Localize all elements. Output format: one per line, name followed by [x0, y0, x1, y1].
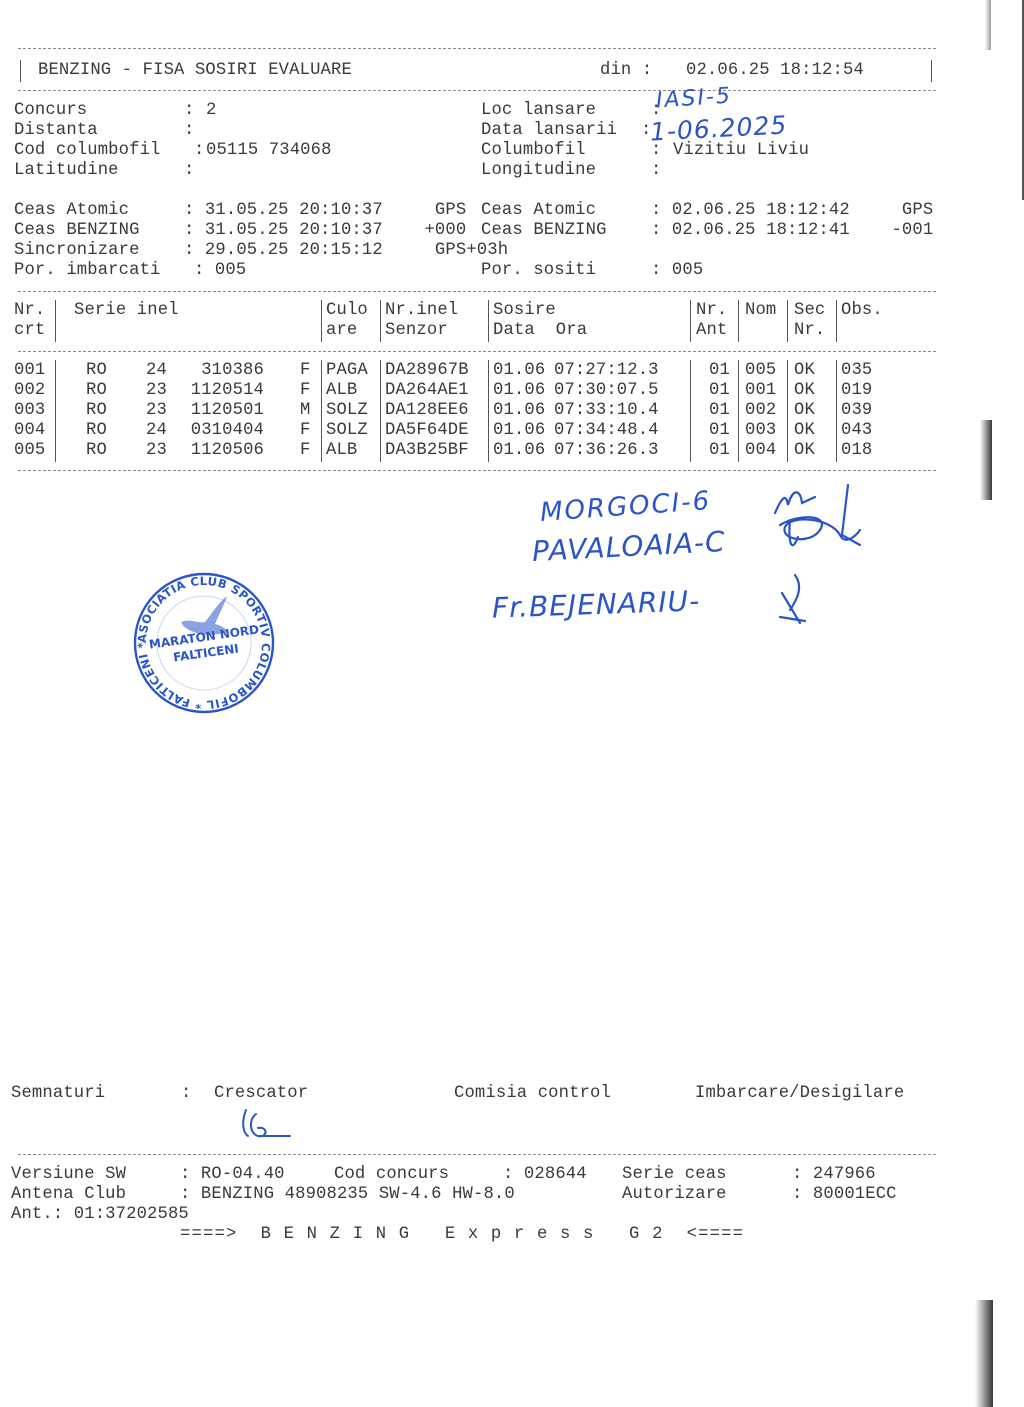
table-row: 003RO231120501MSOLZDA128EE601.0607:33:10… [0, 401, 940, 421]
cell-sensor-id: DA3B25BF [385, 441, 469, 461]
col-culoare-h1: Culo [326, 301, 368, 321]
cell-ring-number: 1120501 [191, 401, 264, 421]
ceas-benzing-start-suffix: +000 [414, 221, 466, 241]
col-sec-h1: Sec [794, 301, 825, 321]
header-din-label: din : [600, 61, 652, 81]
cell-sec-status: OK [794, 381, 815, 401]
ceas-atomic-end-label: Ceas Atomic [481, 201, 638, 221]
cell-sec-status: OK [794, 441, 815, 461]
ceas-atomic-end-value: : 02.06.25 18:12:42 [651, 201, 850, 221]
ceas-benzing-end-value: : 02.06.25 18:12:41 [651, 221, 850, 241]
concurs-value: 2 [206, 101, 216, 121]
handwritten-loc-lansare: IASI-5 [655, 83, 732, 113]
cell-year: 23 [146, 401, 167, 421]
club-stamp: ASOCIATIA CLUB SPORTIV COLUMBOFIL * FALT… [133, 572, 275, 714]
crescator-label: Crescator [214, 1084, 308, 1104]
ceas-benzing-end-suffix: -001 [881, 221, 933, 241]
cell-country: RO [86, 421, 107, 441]
col-senzor-h1: Nr.inel [385, 301, 458, 321]
concurs-label: Concurs [14, 101, 171, 121]
cell-year: 24 [146, 421, 167, 441]
col-obs-h1: Obs. [841, 301, 883, 321]
versiune-sw-label: Versiune SW [11, 1165, 158, 1185]
handwritten-name-3: Fr.BEJENARIU- [491, 584, 700, 624]
cell-country: RO [86, 401, 107, 421]
cell-sex: F [300, 361, 310, 381]
cell-ring-number: 310386 [201, 361, 264, 381]
col-nr-ant-h2: Ant [696, 321, 727, 341]
comisia-control-label: Comisia control [454, 1084, 611, 1104]
cell-color: ALB [326, 441, 357, 461]
hdr-sep-3 [380, 300, 381, 342]
cell-arrival-date: 01.06 [493, 441, 545, 461]
cell-year: 23 [146, 441, 167, 461]
cod-concurs-label: Cod concurs [334, 1165, 449, 1185]
cell-antenna: 01 [709, 361, 730, 381]
cod-columbofil-label: Cod columbofil [14, 141, 161, 161]
cell-sec-status: OK [794, 361, 815, 381]
body-sep-5 [690, 360, 691, 462]
antena-club-label: Antena Club [11, 1185, 158, 1205]
cell-antenna: 01 [709, 421, 730, 441]
versiune-sw-value: : RO-04.40 [180, 1165, 285, 1185]
cell-color: PAGA [326, 361, 368, 381]
cell-year: 23 [146, 381, 167, 401]
sincronizare-value: : 29.05.25 20:15:12 [184, 241, 383, 261]
body-sep-2 [321, 360, 322, 462]
table-row: 001RO24310386FPAGADA28967B01.0607:27:12.… [0, 361, 940, 381]
body-sep-3 [380, 360, 381, 462]
cell-sensor-id: DA264AE1 [385, 381, 469, 401]
hdr-sep-4 [488, 300, 489, 342]
concurs-sep: : [184, 101, 194, 121]
cell-arrival-date: 01.06 [493, 381, 545, 401]
cod-columbofil-value: 05115 734068 [206, 141, 332, 161]
latitudine-label: Latitudine [14, 161, 171, 181]
scan-edge-artifact-mid [980, 420, 992, 500]
ceas-atomic-end-suffix: GPS [881, 201, 933, 221]
col-nr-crt-h1: Nr. [14, 301, 45, 321]
footer-top-rule [18, 1154, 936, 1155]
cell-arrival-date: 01.06 [493, 421, 545, 441]
imbarcare-desigilare-label: Imbarcare/Desigilare [695, 1084, 904, 1104]
cell-year: 24 [146, 361, 167, 381]
signature-scribbles-icon [760, 475, 870, 635]
body-sep-1 [55, 360, 56, 462]
body-sep-6 [738, 360, 739, 462]
cell-arrival-time: 07:36:26.3 [554, 441, 659, 461]
col-nr-ant-h1: Nr. [696, 301, 727, 321]
cell-nr-crt: 001 [14, 361, 45, 381]
cell-sex: F [300, 441, 310, 461]
ceas-atomic-start-suffix: GPS [414, 201, 466, 221]
latitudine-sep: : [184, 161, 194, 181]
hdr-sep-2 [321, 300, 322, 342]
cell-antenna: 01 [709, 401, 730, 421]
cell-nom: 002 [745, 401, 776, 421]
ceas-atomic-start-label: Ceas Atomic [14, 201, 171, 221]
hdr-sep-6 [738, 300, 739, 342]
col-sec-h2: Nr. [794, 321, 825, 341]
cell-obs: 018 [841, 441, 872, 461]
header-bottom-rule [18, 90, 936, 91]
ceas-benzing-start-value: : 31.05.25 20:10:37 [184, 221, 383, 241]
semnaturi-label: Semnaturi [11, 1084, 105, 1104]
cell-antenna: 01 [709, 441, 730, 461]
cell-sec-status: OK [794, 421, 815, 441]
cell-sec-status: OK [794, 401, 815, 421]
cell-sensor-id: DA28967B [385, 361, 469, 381]
autorizare-value: : 80001ECC [792, 1185, 897, 1205]
cell-country: RO [86, 441, 107, 461]
serie-ceas-label: Serie ceas [622, 1165, 727, 1185]
cell-country: RO [86, 381, 107, 401]
cell-arrival-time: 07:30:07.5 [554, 381, 659, 401]
distanta-sep: : [184, 121, 194, 141]
cell-obs: 039 [841, 401, 872, 421]
table-row: 005RO231120506FALBDA3B25BF01.0607:36:26.… [0, 441, 940, 461]
col-nom-h1: Nom [745, 301, 776, 321]
body-sep-7 [787, 360, 788, 462]
data-lansarii-label: Data lansarii [481, 121, 628, 141]
autorizare-label: Autorizare [622, 1185, 727, 1205]
por-sositi-value: : 005 [651, 261, 703, 281]
col-culoare-h2: are [326, 321, 357, 341]
cell-nom: 001 [745, 381, 776, 401]
table-bottom-rule [18, 470, 936, 471]
ceas-atomic-start-value: : 31.05.25 20:10:37 [184, 201, 383, 221]
cell-color: SOLZ [326, 421, 368, 441]
body-sep-4 [488, 360, 489, 462]
table-row: 004RO240310404FSOLZDA5F64DE01.0607:34:48… [0, 421, 940, 441]
handwritten-name-2: PAVALOAIA-C [531, 525, 726, 568]
por-sositi-label: Por. sositi [481, 261, 638, 281]
header-din-value: 02.06.25 18:12:54 [686, 61, 864, 81]
semnaturi-sep: : [181, 1084, 191, 1104]
col-senzor-h2: Senzor [385, 321, 448, 341]
loc-lansare-label: Loc lansare [481, 101, 638, 121]
cell-nr-crt: 005 [14, 441, 45, 461]
por-imbarcati-label: Por. imbarcati [14, 261, 161, 281]
cell-sensor-id: DA128EE6 [385, 401, 469, 421]
scan-edge-artifact-bottom [975, 1300, 993, 1407]
col-nr-crt-h2: crt [14, 321, 45, 341]
col-sosire-h2: Data Ora [493, 321, 587, 341]
cell-country: RO [86, 361, 107, 381]
cod-concurs-value: : 028644 [503, 1165, 587, 1185]
cell-arrival-time: 07:27:12.3 [554, 361, 659, 381]
cell-ring-number: 1120506 [191, 441, 264, 461]
cell-nr-crt: 003 [14, 401, 45, 421]
header-right-bar [931, 60, 932, 82]
distanta-label: Distanta [14, 121, 171, 141]
body-sep-8 [836, 360, 837, 462]
document-title: BENZING - FISA SOSIRI EVALUARE [38, 61, 352, 81]
cell-nom: 004 [745, 441, 776, 461]
hdr-sep-1 [55, 300, 56, 342]
cell-nr-crt: 004 [14, 421, 45, 441]
cell-ring-number: 0310404 [191, 421, 264, 441]
scan-edge-artifact-top [985, 0, 991, 50]
cell-nr-crt: 002 [14, 381, 45, 401]
table-top-rule [18, 291, 936, 292]
cell-arrival-time: 07:33:10.4 [554, 401, 659, 421]
cell-sensor-id: DA5F64DE [385, 421, 469, 441]
cell-ring-number: 1120514 [191, 381, 264, 401]
cell-arrival-date: 01.06 [493, 401, 545, 421]
ceas-benzing-start-label: Ceas BENZING [14, 221, 171, 241]
cell-arrival-time: 07:34:48.4 [554, 421, 659, 441]
cell-color: SOLZ [326, 401, 368, 421]
hdr-sep-7 [787, 300, 788, 342]
header-left-bar [20, 60, 21, 82]
cell-obs: 035 [841, 361, 872, 381]
longitudine-sep: : [651, 161, 661, 181]
cod-columbofil-sep: : [194, 141, 204, 161]
cell-antenna: 01 [709, 381, 730, 401]
header-top-rule [18, 48, 936, 49]
table-header-rule [18, 351, 936, 352]
sincronizare-suffix: GPS+03h [414, 241, 508, 261]
antenna-id: Ant.: 01:37202585 [11, 1205, 189, 1225]
crescator-signature-icon [238, 1106, 298, 1146]
hdr-sep-5 [690, 300, 691, 342]
columbofil-label: Columbofil [481, 141, 638, 161]
cell-color: ALB [326, 381, 357, 401]
hdr-sep-8 [836, 300, 837, 342]
antena-club-value: : BENZING 48908235 SW-4.6 HW-8.0 [180, 1185, 515, 1205]
longitudine-label: Longitudine [481, 161, 638, 181]
table-row: 002RO231120514FALBDA264AE101.0607:30:07.… [0, 381, 940, 401]
cell-sex: F [300, 421, 310, 441]
benzing-express-banner: ====> B E N Z I N G E x p r e s s G 2 <=… [180, 1225, 744, 1245]
cell-sex: F [300, 381, 310, 401]
col-serie-inel-h1: Serie inel [74, 301, 179, 321]
serie-ceas-value: : 247966 [792, 1165, 876, 1185]
col-sosire-h1: Sosire [493, 301, 556, 321]
cell-nom: 005 [745, 361, 776, 381]
ceas-benzing-end-label: Ceas BENZING [481, 221, 638, 241]
cell-sex: M [300, 401, 310, 421]
por-imbarcati-value: : 005 [194, 261, 246, 281]
cell-arrival-date: 01.06 [493, 361, 545, 381]
handwritten-name-1: MORGOCI-6 [539, 486, 712, 528]
cell-nom: 003 [745, 421, 776, 441]
sincronizare-label: Sincronizare [14, 241, 171, 261]
cell-obs: 019 [841, 381, 872, 401]
cell-obs: 043 [841, 421, 872, 441]
